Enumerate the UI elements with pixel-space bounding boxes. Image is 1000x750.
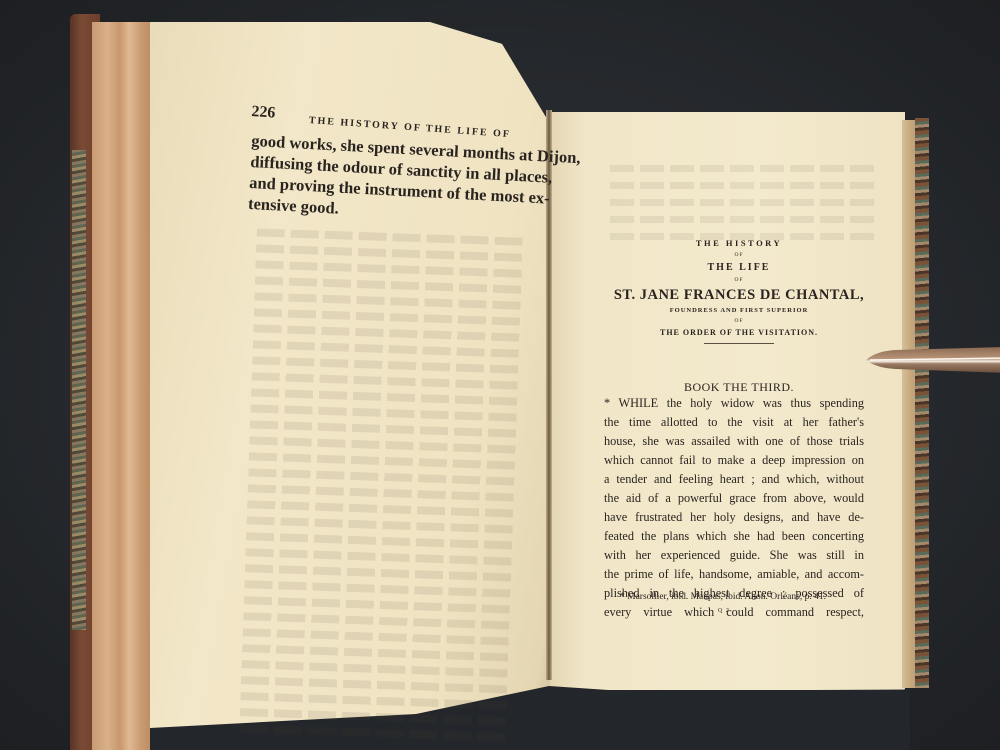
text-line: the aid of a powerful grace from above, … xyxy=(604,489,864,508)
chapter-title-block: THE HISTORY OF THE LIFE OF ST. JANE FRAN… xyxy=(600,238,878,344)
text-line: every virtue which could command respect… xyxy=(604,603,864,622)
divider-rule xyxy=(704,343,774,344)
text-line: have frustrated her holy designs, and ha… xyxy=(604,508,864,527)
title-order: THE ORDER OF THE VISITATION. xyxy=(600,328,878,337)
knife-blade-icon xyxy=(866,345,1000,375)
right-page-body: * WHILE the holy widow was thus spending… xyxy=(604,394,864,622)
text-line: with her experienced guide. She was stil… xyxy=(604,546,864,565)
title-line-history: THE HISTORY xyxy=(600,238,878,248)
title-of: OF xyxy=(600,252,878,258)
text-line: the time allotted to the visit at her fa… xyxy=(604,413,864,432)
left-page-edges xyxy=(92,22,154,750)
title-of: OF xyxy=(600,277,878,283)
bleed-through-text-right xyxy=(610,155,880,250)
title-subtitle: FOUNDRESS AND FIRST SUPERIOR xyxy=(600,307,878,314)
title-line-life: THE LIFE xyxy=(600,262,878,273)
left-page-body: good works, she spent several months at … xyxy=(248,130,542,229)
marbled-edge-left xyxy=(72,150,86,630)
footnote: * Marsollier, ibid. Maupas, ibid. Anon. … xyxy=(620,592,826,602)
text-line: house, she was assailed with one of thos… xyxy=(604,432,864,451)
title-of: OF xyxy=(600,318,878,324)
text-line: a tender and feeling heart ; and which, … xyxy=(604,470,864,489)
text-line: * WHILE the holy widow was thus spending xyxy=(604,394,864,413)
page-number: 226 xyxy=(251,103,276,123)
text-line: feated the plans which she had been conc… xyxy=(604,527,864,546)
title-saint-name: ST. JANE FRANCES DE CHANTAL, xyxy=(600,287,878,304)
open-book: 226 THE HISTORY OF THE LIFE OF good work… xyxy=(0,0,1000,750)
right-cover-marbled xyxy=(915,118,929,688)
text-line: the prime of life, handsome, amiable, an… xyxy=(604,565,864,584)
bleed-through-text xyxy=(239,220,527,749)
book-heading: BOOK THE THIRD. xyxy=(600,380,878,395)
signature-mark: Q 2 xyxy=(718,608,730,614)
text-line: which cannot fail to make a deep impress… xyxy=(604,451,864,470)
